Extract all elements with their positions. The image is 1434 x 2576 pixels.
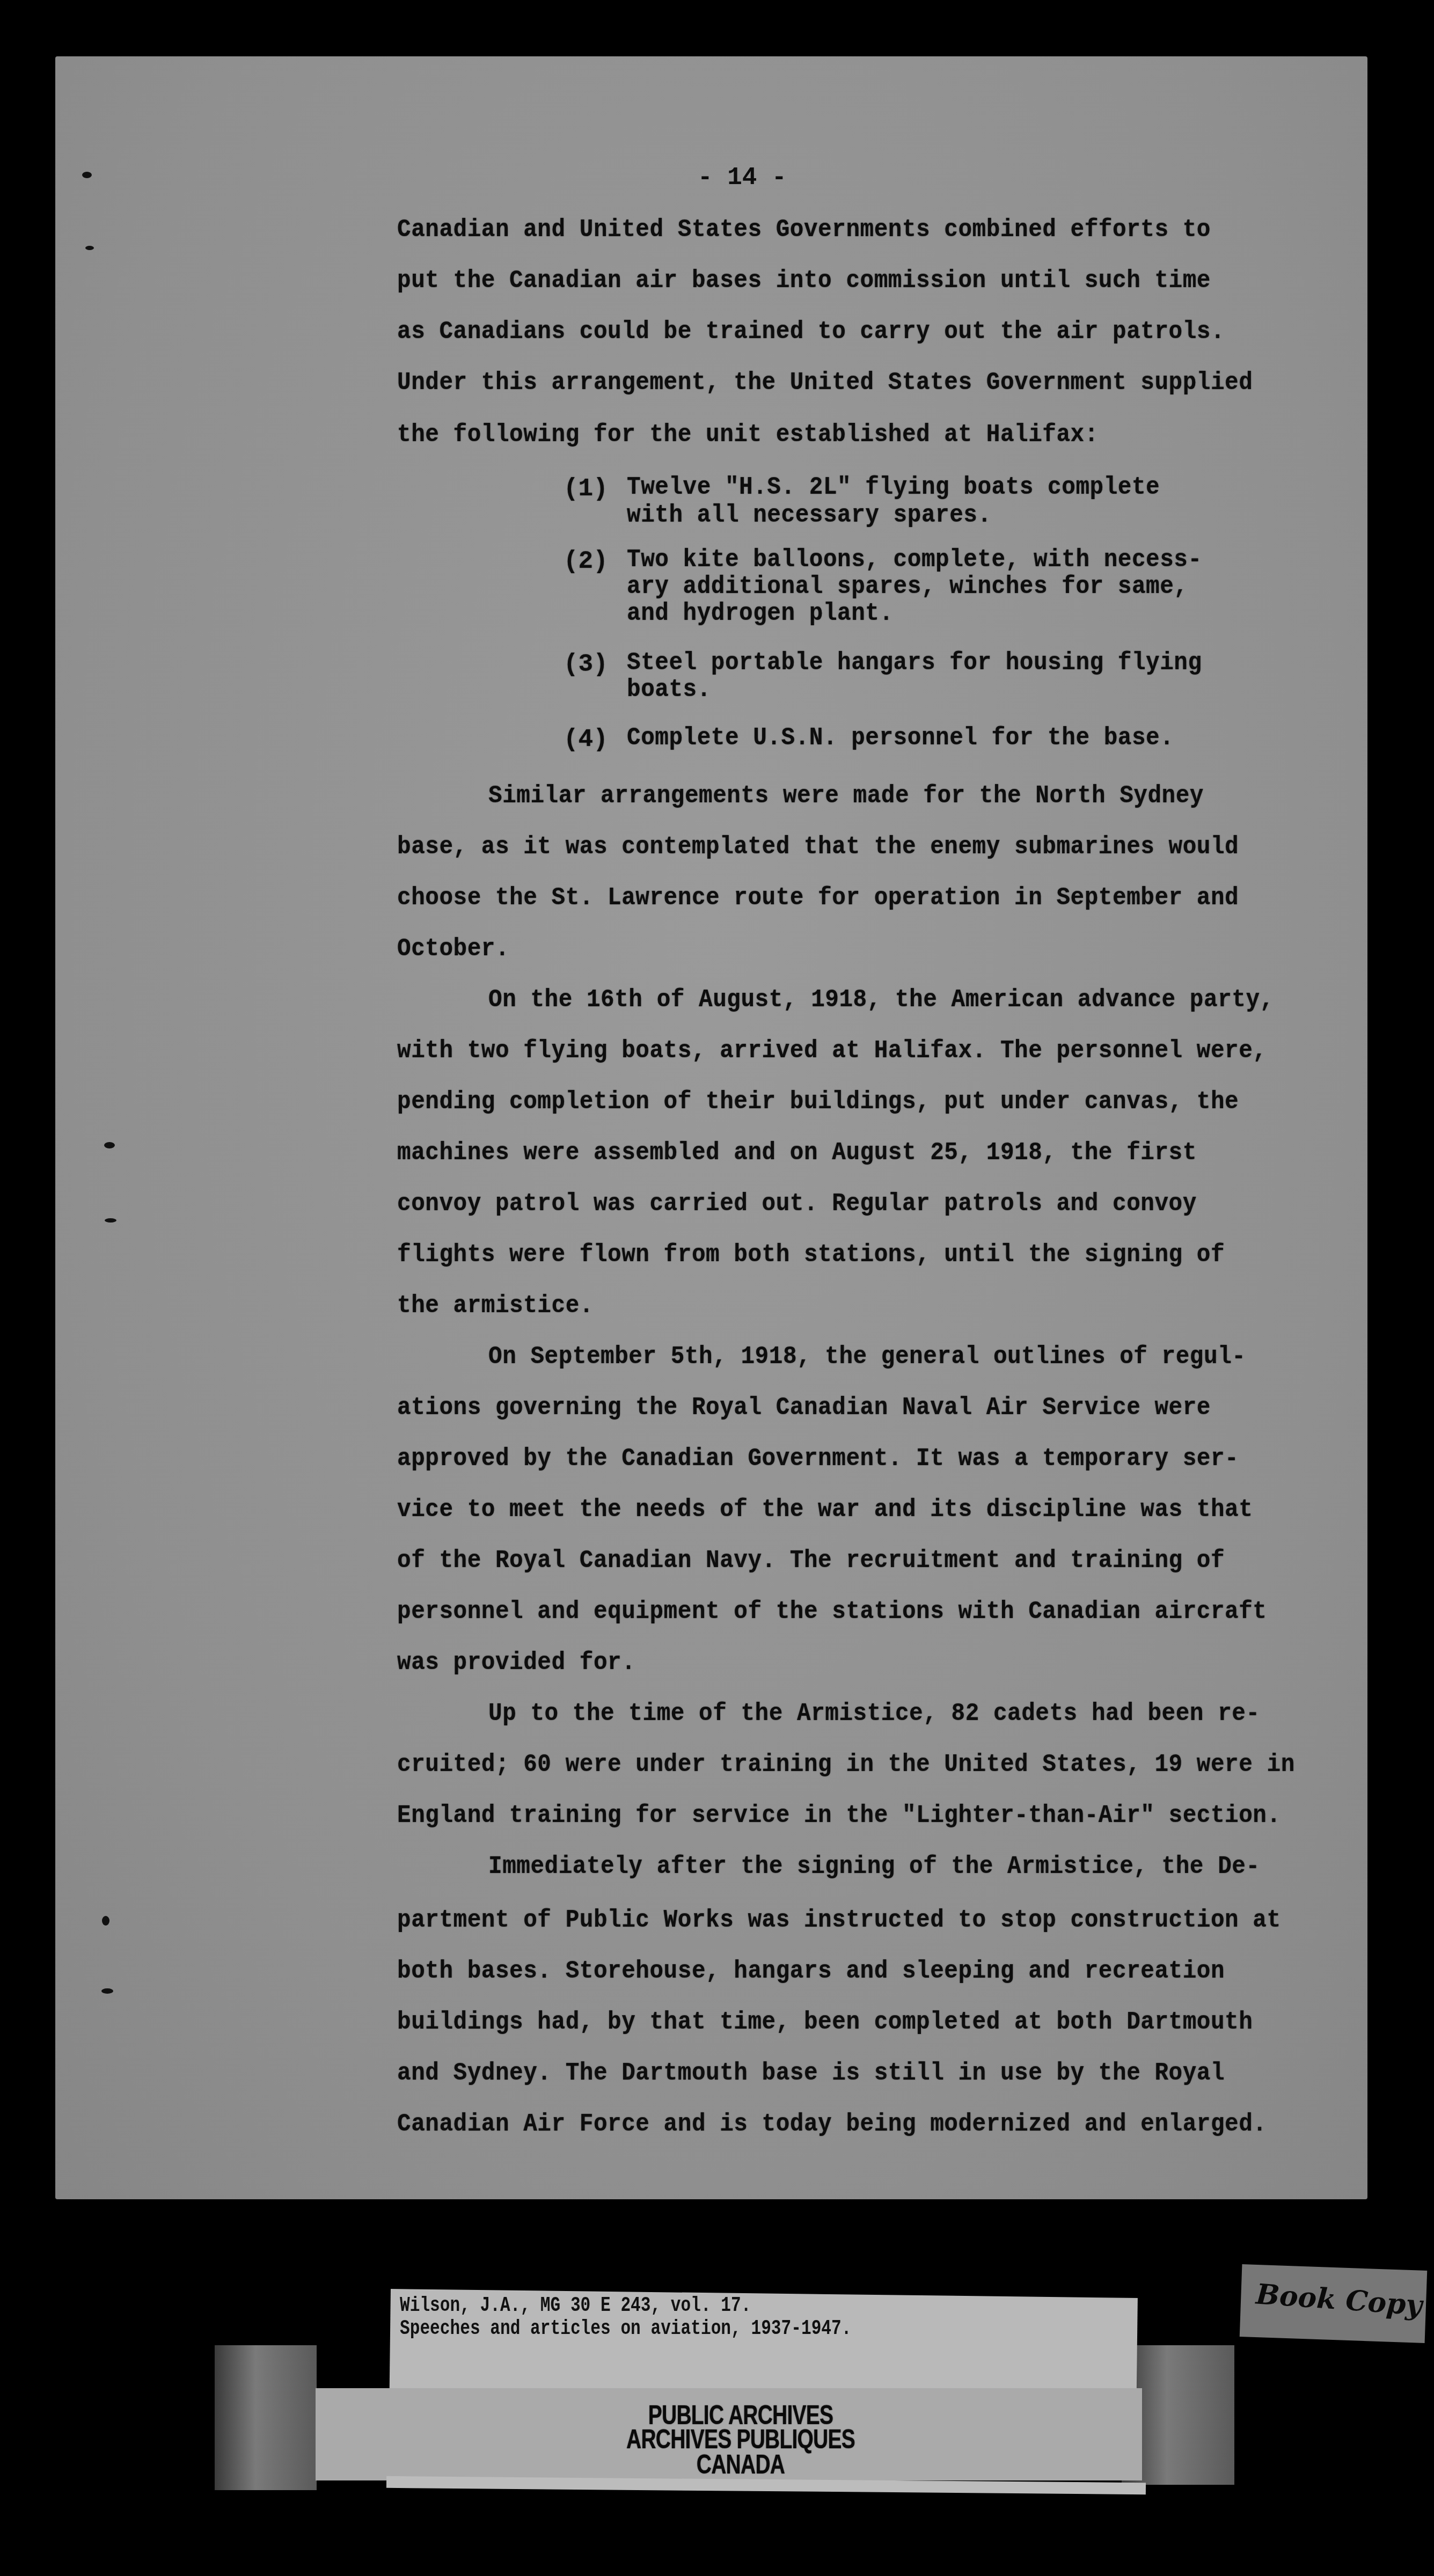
paragraph-line: buildings had, by that time, been comple… — [397, 2010, 1253, 2035]
paragraph-line: On September 5th, 1918, the general outl… — [488, 1344, 1246, 1369]
body-line: as Canadians could be trained to carry o… — [397, 319, 1225, 344]
body-line: put the Canadian air bases into commissi… — [397, 268, 1211, 293]
list-number: (3) — [564, 650, 608, 678]
list-number: (2) — [564, 547, 608, 575]
paragraph-line: cruited; 60 were under training in the U… — [397, 1752, 1295, 1777]
archive-stamp-line: ARCHIVES PUBLIQUES — [552, 2426, 929, 2453]
archive-stamp-line: CANADA — [552, 2451, 929, 2478]
paragraph-line: machines were assembled and on August 25… — [397, 1140, 1197, 1165]
body-line: Under this arrangement, the United State… — [397, 370, 1253, 395]
archive-reference: Wilson, J.A., MG 30 E 243, vol. 17. — [400, 2294, 751, 2317]
paragraph-line: convoy patrol was carried out. Regular p… — [397, 1191, 1197, 1216]
paragraph-line: the armistice. — [397, 1293, 594, 1318]
paragraph-line: October. — [397, 936, 509, 961]
binding-mark — [105, 1218, 116, 1223]
paragraph-line: Immediately after the signing of the Arm… — [488, 1854, 1260, 1879]
binding-mark — [82, 172, 92, 178]
list-number: (4) — [564, 726, 608, 753]
list-item-line: Complete U.S.N. personnel for the base. — [627, 726, 1174, 750]
paragraph-line: England training for service in the "Lig… — [397, 1803, 1281, 1828]
paragraph-line: personnel and equipment of the stations … — [397, 1599, 1267, 1624]
paragraph-line: choose the St. Lawrence route for operat… — [397, 885, 1239, 910]
list-item-line: ary additional spares, winches for same, — [627, 574, 1188, 599]
body-line: the following for the unit established a… — [397, 422, 1099, 447]
list-item-line: Two kite balloons, complete, with necess… — [627, 547, 1202, 572]
binding-mark — [101, 1988, 113, 1994]
paragraph-line: of the Royal Canadian Navy. The recruitm… — [397, 1548, 1225, 1573]
list-item-line: boats. — [627, 677, 711, 702]
paragraph-line: with two flying boats, arrived at Halifa… — [397, 1038, 1267, 1063]
paragraph-line: both bases. Storehouse, hangars and slee… — [397, 1959, 1225, 1984]
paragraph-line: flights were flown from both stations, u… — [397, 1242, 1225, 1267]
paragraph-line: partment of Public Works was instructed … — [397, 1908, 1281, 1933]
list-item-line: and hydrogen plant. — [627, 601, 894, 626]
list-item-line: with all necessary spares. — [627, 503, 992, 528]
paragraph-line: base, as it was contemplated that the en… — [397, 835, 1239, 859]
paragraph-line: pending completion of their buildings, p… — [397, 1089, 1239, 1114]
paragraph-line: vice to meet the needs of the war and it… — [397, 1497, 1253, 1522]
paragraph-line: and Sydney. The Dartmouth base is still … — [397, 2061, 1225, 2085]
paragraph-line: ations governing the Royal Canadian Nava… — [397, 1395, 1211, 1420]
paragraph-line: was provided for. — [397, 1650, 635, 1675]
list-item-line: Steel portable hangars for housing flyin… — [627, 650, 1202, 675]
list-number: (1) — [564, 475, 608, 503]
label-holder-left — [215, 2345, 317, 2490]
binding-mark — [85, 246, 94, 250]
archive-description: Speeches and articles on aviation, 1937-… — [400, 2317, 851, 2340]
paragraph-line: Similar arrangements were made for the N… — [488, 784, 1204, 808]
paragraph-line: Canadian Air Force and is today being mo… — [397, 2112, 1267, 2136]
binding-mark — [104, 1142, 115, 1148]
paragraph-line: Up to the time of the Armistice, 82 cade… — [488, 1701, 1260, 1726]
binding-mark — [102, 1916, 109, 1926]
list-item-line: Twelve "H.S. 2L" flying boats complete — [627, 475, 1160, 500]
page-number: - 14 - — [698, 164, 787, 192]
paragraph-line: On the 16th of August, 1918, the America… — [488, 987, 1274, 1012]
body-line: Canadian and United States Governments c… — [397, 217, 1211, 242]
paragraph-line: approved by the Canadian Government. It … — [397, 1446, 1239, 1471]
